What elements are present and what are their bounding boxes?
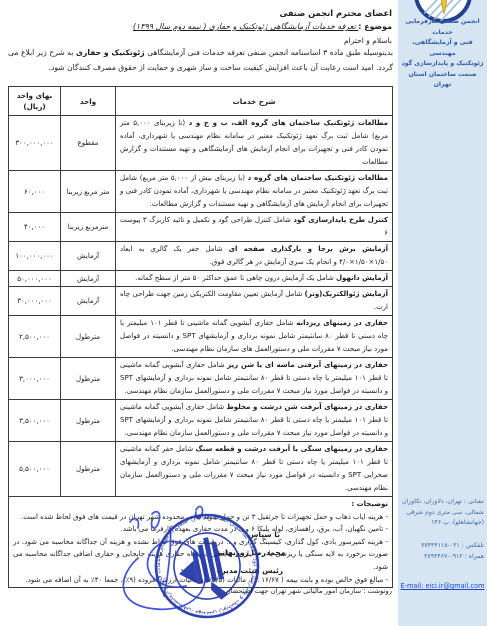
- price-header-line1: بهای واحد: [17, 91, 53, 100]
- table-row: آزمایش دانهول شامل یک آزمایش درون چاهی ت…: [9, 271, 393, 287]
- letterhead-strip: [398, 0, 487, 626]
- service-description: آزمایش ژئوالکتریک(ونر) شامل آزمایش تعیین…: [116, 287, 393, 316]
- table-row: آزمایش ژئوالکتریک(ونر) شامل آزمایش تعیین…: [9, 287, 393, 316]
- table-header-row: شرح خدمات واحد بهای واحد (ریال): [9, 87, 393, 116]
- subject-label: موضوع :: [358, 22, 392, 31]
- org-line: ژئوتکنیک و پایدارسازی گود: [399, 59, 486, 70]
- service-unit-price: ۲,۵۰۰,۰۰۰: [9, 316, 61, 358]
- service-unit: مترطول: [61, 400, 116, 442]
- table-row: مطالعات ژئوتکنیک ساختمان های گروه د (با …: [9, 171, 393, 213]
- service-unit-price: ۳۰۰,۰۰۰,۰۰۰: [9, 116, 61, 171]
- service-unit: مقطوع: [61, 116, 116, 171]
- official-stamp: انجمن صنفی کارفرمایی خدمات فنی و آزمایشگ…: [148, 506, 266, 626]
- recipient-line: اعضای محترم انجمن صنفی: [8, 8, 392, 18]
- letter-page: { "letterhead": { "org_lines": [ "انجمن …: [0, 0, 487, 626]
- email-address: eici.ir@gmail.com: [425, 582, 484, 590]
- service-unit: مترطول: [61, 316, 116, 358]
- association-name: انجمن صنفی کارفرمایی خدمات فنی و آزمایشگ…: [399, 17, 486, 91]
- org-line: فنی و آزمایشگاهی، مهندسی: [399, 38, 486, 59]
- service-description: حفاری در زمینهای آبرفتی ماسه ای یا شن ری…: [116, 358, 393, 400]
- org-line: انجمن صنفی کارفرمایی خدمات: [399, 17, 486, 38]
- service-unit: مترمربع زیربنا: [61, 213, 116, 242]
- services-table-body: مطالعات ژئوتکنیک ساختمان های گروه الف، ب…: [9, 116, 393, 497]
- subject-text: تعرفه خدمات آزمایشگاهی ژئوتکنیک و حفاری …: [133, 22, 358, 31]
- table-row: مطالعات ژئوتکنیک ساختمان های گروه الف، ب…: [9, 116, 393, 171]
- org-line: صنعت ساختمان استان تهران: [399, 70, 486, 91]
- service-description: حفاری در زمینهای سنگی یا آبرفت درشت و قط…: [116, 442, 393, 497]
- service-unit-price: ۳,۰۰۰,۰۰۰: [9, 358, 61, 400]
- service-description: حفاری در زمینهای ریزدانه شامل حفاری آبشو…: [116, 316, 393, 358]
- service-unit-price: ۴۰,۰۰۰: [9, 213, 61, 242]
- table-row: حفاری در زمینهای آبرفت شن درشت و مخلوط ش…: [9, 400, 393, 442]
- service-description: مطالعات ژئوتکنیک ساختمان های گروه الف، ب…: [116, 116, 393, 171]
- mobile-number: همراه : ۰۹۱۲-۴۸۹۴۴۶۷: [402, 551, 484, 562]
- address-line: (جهانشاهلو)، پ ۱۴۶: [402, 518, 484, 529]
- table-row: حفاری در زمینهای آبرفتی ماسه ای یا شن ری…: [9, 358, 393, 400]
- service-description: حفاری در زمینهای آبرفت شن درشت و مخلوط ش…: [116, 400, 393, 442]
- service-description: آزمایش دانهول شامل یک آزمایش درون چاهی ت…: [116, 271, 393, 287]
- subject-line: موضوع : تعرفه خدمات آزمایشگاهی ژئوتکنیک …: [8, 22, 392, 31]
- service-unit-price: ۵,۵۰۰,۰۰۰: [9, 442, 61, 497]
- service-unit-price: ۶۰,۰۰۰: [9, 171, 61, 213]
- table-row: حفاری در زمینهای ریزدانه شامل حفاری آبشو…: [9, 316, 393, 358]
- email-link[interactable]: E-mail: eici.ir@gmail.com: [399, 582, 486, 592]
- telfax-number: تلفکس : ۰۲۱-۷۷۴۴۴۱۱۸: [402, 540, 484, 551]
- service-unit-price: ۵۰,۰۰۰,۰۰۰: [9, 271, 61, 287]
- email-block: E-mail: eici.ir@gmail.com: [399, 582, 486, 592]
- table-row: کنترل طرح پایدارسازی گود شامل کنترل طراح…: [9, 213, 393, 242]
- service-unit: مترطول: [61, 358, 116, 400]
- table-row: حفاری در زمینهای سنگی یا آبرفت درشت و قط…: [9, 442, 393, 497]
- address-block: نشانی : تهران، دلاوران، تکاوران شمالی، س…: [402, 497, 484, 529]
- service-unit-price: ۳,۵۰۰,۰۰۰: [9, 400, 61, 442]
- address-line: نشانی : تهران، دلاوران، تکاوران: [402, 497, 484, 508]
- service-unit: متر مربع زیربنا: [61, 171, 116, 213]
- service-unit: آزمایش: [61, 242, 116, 271]
- address-line: شمالی، سی متری دوم شرقی: [402, 508, 484, 519]
- column-header-price: بهای واحد (ریال): [9, 87, 61, 116]
- phone-block: تلفکس : ۰۲۱-۷۷۴۴۴۱۱۸ همراه : ۰۹۱۲-۴۸۹۴۴۶…: [402, 540, 484, 562]
- body-text-bold: ژئوتکنیک و حفاری: [76, 48, 145, 57]
- column-header-unit: واحد: [61, 87, 116, 116]
- service-unit-price: ۳۰,۰۰۰,۰۰۰: [9, 287, 61, 316]
- salutation: باسلام و احترام: [8, 36, 392, 45]
- email-label: E-mail:: [400, 582, 423, 590]
- body-text: بدینوسیله طبق ماده ۳ اساسنامه انجمن صنفی…: [145, 48, 393, 57]
- letter-body: بدینوسیله طبق ماده ۳ اساسنامه انجمن صنفی…: [8, 46, 393, 75]
- service-unit: آزمایش: [61, 271, 116, 287]
- price-header-line2: (ریال): [23, 102, 45, 111]
- service-description: کنترل طرح پایدارسازی گود شامل کنترل طراح…: [116, 213, 393, 242]
- service-description: مطالعات ژئوتکنیک ساختمان های گروه د (با …: [116, 171, 393, 213]
- column-header-description: شرح خدمات: [116, 87, 393, 116]
- table-row: آزمایش برش برجا و بارگذاری صفحه ای شامل …: [9, 242, 393, 271]
- service-description: آزمایش برش برجا و بارگذاری صفحه ای شامل …: [116, 242, 393, 271]
- service-unit: مترطول: [61, 442, 116, 497]
- service-unit: آزمایش: [61, 287, 116, 316]
- service-unit-price: ۱۰۰,۰۰۰,۰۰۰: [9, 242, 61, 271]
- cc-line: رونوشت : سازمان امور مالیاتی شهر تهران ج…: [200, 587, 392, 595]
